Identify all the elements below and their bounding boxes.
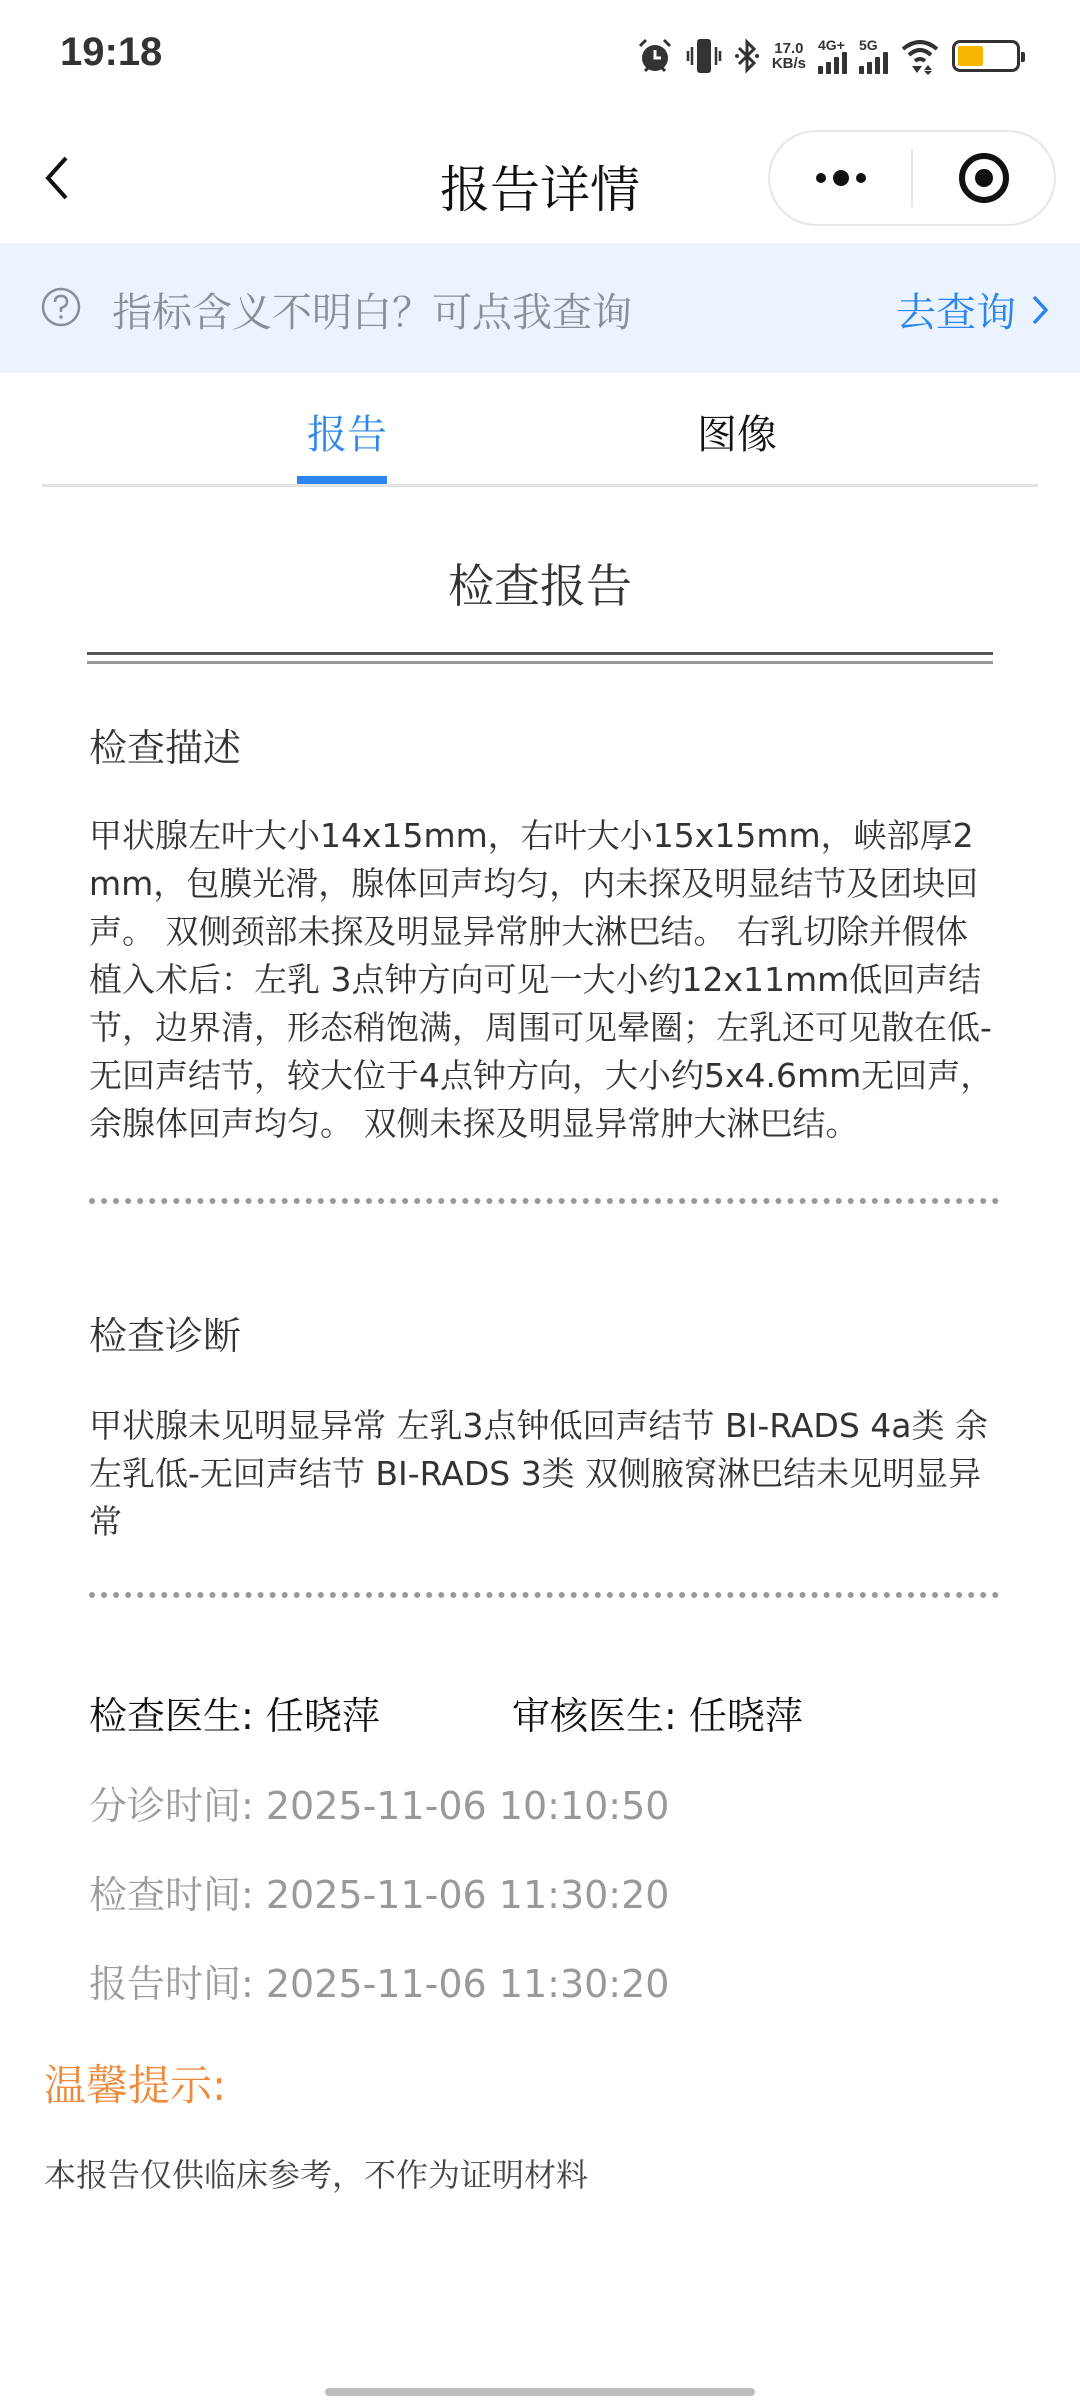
description-text: 甲状腺左叶大小14x15mm，右叶大小15x15mm，峡部厚2mm，包膜光滑，腺… bbox=[89, 812, 999, 1148]
title-divider-top bbox=[87, 652, 993, 655]
review-doctor: 审核医生: 任晓萍 bbox=[512, 1685, 803, 1740]
description-heading: 检查描述 bbox=[89, 717, 241, 772]
report-title: 检查报告 bbox=[0, 550, 1080, 616]
close-mini-program-button[interactable] bbox=[913, 132, 1054, 224]
banner-text: 指标含义不明白？可点我查询 bbox=[112, 281, 632, 338]
mini-program-capsule bbox=[768, 130, 1056, 226]
bluetooth-icon bbox=[734, 37, 760, 75]
wifi-icon bbox=[900, 37, 940, 75]
diagnosis-heading: 检查诊断 bbox=[89, 1305, 241, 1360]
report-time: 报告时间: 2025-11-06 11:30:20 bbox=[89, 1953, 669, 2008]
section-divider bbox=[89, 1198, 999, 1204]
tab-image[interactable]: 图像 bbox=[697, 403, 777, 460]
nav-bar: 报告详情 bbox=[0, 110, 1080, 243]
chevron-right-icon bbox=[1030, 293, 1050, 327]
status-time: 19:18 bbox=[60, 30, 162, 75]
vibrate-icon bbox=[686, 37, 722, 75]
alarm-icon bbox=[636, 37, 674, 75]
more-button[interactable] bbox=[770, 132, 911, 224]
signal-icon-5g: 5G bbox=[859, 38, 888, 74]
triage-time: 分诊时间: 2025-11-06 10:10:50 bbox=[89, 1775, 669, 1830]
signal-label: 4G+ bbox=[818, 38, 845, 52]
question-circle-icon bbox=[40, 286, 82, 328]
home-indicator[interactable] bbox=[325, 2388, 755, 2396]
status-bar: 19:18 17.0 KB/s 4G+ 5G bbox=[0, 0, 1080, 110]
exam-doctor: 检查医生: 任晓萍 bbox=[89, 1694, 380, 1738]
diagnosis-text: 甲状腺未见明显异常 左乳3点钟低回声结节 BI-RADS 4a类 余左乳低-无回… bbox=[89, 1402, 999, 1546]
tab-bar: 报告 图像 bbox=[42, 373, 1038, 487]
status-icons: 17.0 KB/s 4G+ 5G bbox=[636, 36, 1020, 76]
tip-text: 本报告仅供临床参考，不作为证明材料 bbox=[44, 2150, 588, 2196]
help-banner[interactable]: 指标含义不明白？可点我查询 去查询 bbox=[0, 243, 1080, 373]
net-speed-unit: KB/s bbox=[772, 56, 806, 71]
net-speed-value: 17.0 bbox=[772, 41, 806, 56]
net-speed: 17.0 KB/s bbox=[772, 41, 806, 71]
go-query-label: 去查询 bbox=[896, 281, 1016, 338]
tip-title: 温馨提示: bbox=[44, 2053, 226, 2113]
signal-icon-4g: 4G+ bbox=[818, 38, 847, 74]
doctor-row: 检查医生: 任晓萍 审核医生: 任晓萍 bbox=[89, 1685, 380, 1740]
title-divider-bottom bbox=[87, 661, 993, 664]
exam-time: 检查时间: 2025-11-06 11:30:20 bbox=[89, 1864, 669, 1919]
battery-icon bbox=[952, 40, 1020, 72]
signal-label: 5G bbox=[859, 38, 878, 52]
active-tab-indicator bbox=[297, 476, 387, 484]
tab-report[interactable]: 报告 bbox=[307, 403, 387, 460]
target-circle-icon bbox=[957, 151, 1011, 205]
section-divider bbox=[89, 1592, 999, 1598]
go-query-link[interactable]: 去查询 bbox=[896, 281, 1050, 338]
more-dots-icon bbox=[811, 168, 871, 188]
